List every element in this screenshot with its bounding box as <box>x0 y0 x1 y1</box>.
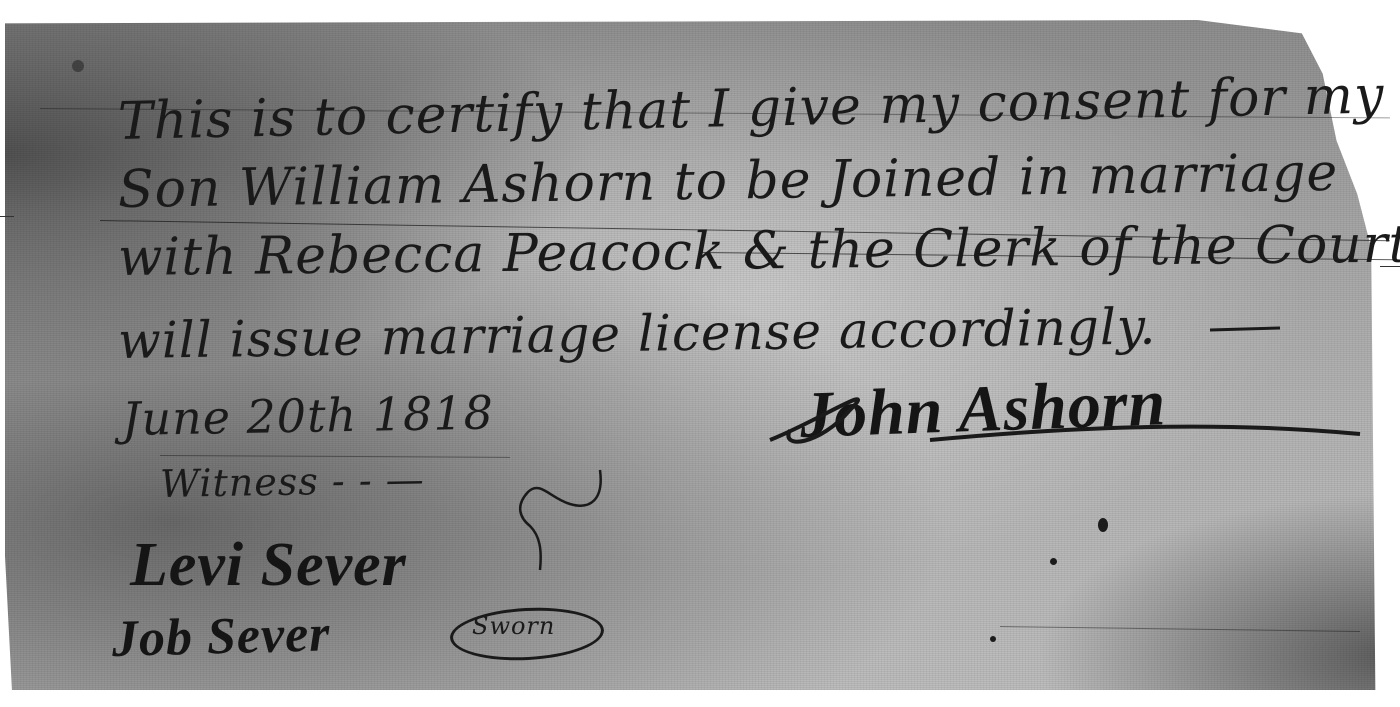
witness-1: Levi Sever <box>130 530 407 601</box>
ink-spot <box>1098 518 1108 532</box>
sworn-note: Sworn <box>472 612 555 640</box>
ink-spot <box>1050 558 1057 565</box>
witness-2: Job Sever <box>111 604 331 669</box>
date: June 20th 1818 <box>122 386 495 446</box>
margin-tick <box>0 216 14 217</box>
ink-spot <box>72 60 84 72</box>
signature-flourish <box>760 320 1380 460</box>
ink-spot <box>990 636 996 642</box>
bracket-mark <box>500 470 620 580</box>
witness-label: Witness - - — <box>160 457 425 506</box>
